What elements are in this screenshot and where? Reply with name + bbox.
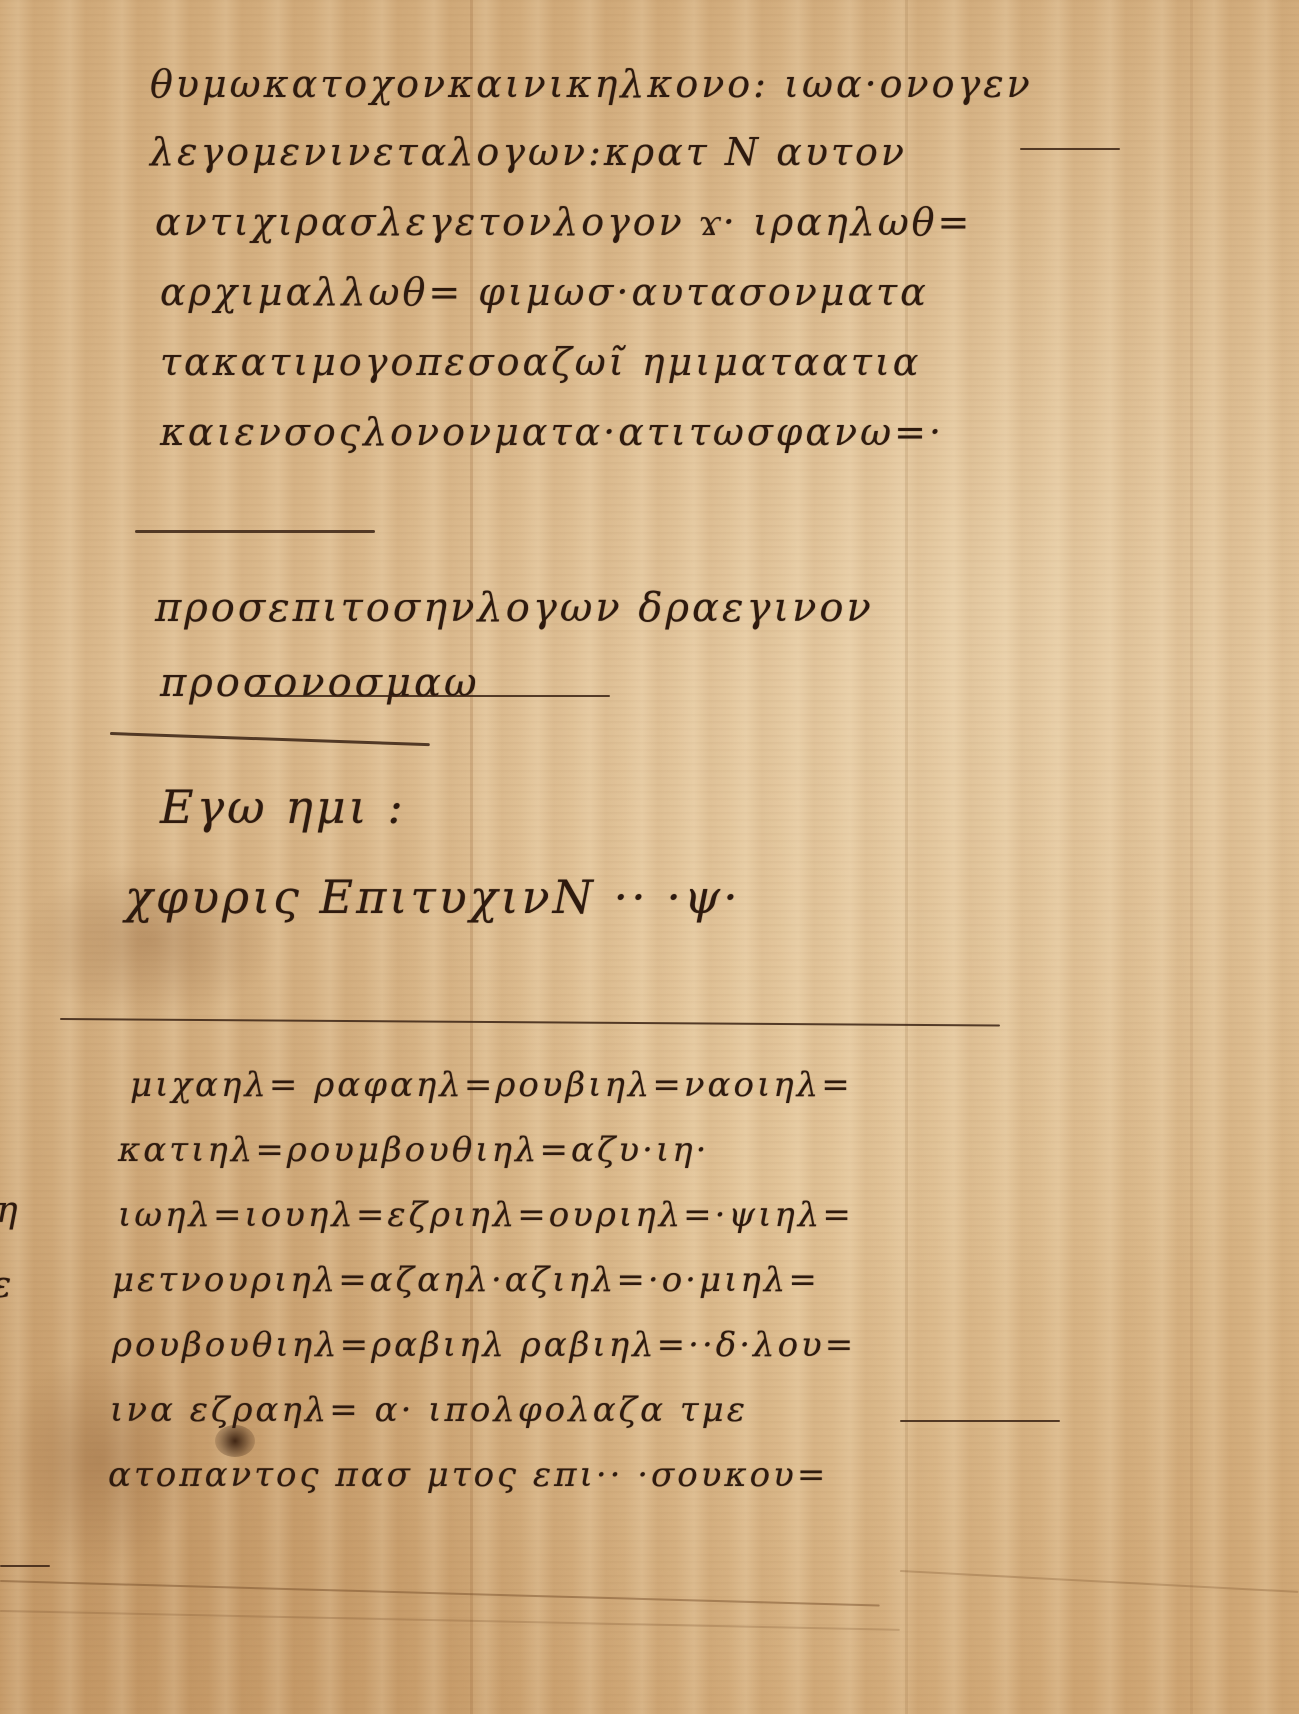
line-filler — [900, 1420, 1060, 1422]
manuscript-line: κατιηλ=ρουμβουθιηλ=αζυ·ιη· — [118, 1130, 709, 1170]
manuscript-line: Εγω ημι : — [160, 780, 406, 834]
manuscript-line: τακατιμογοπεσοαζωῖ ημιματαατια — [160, 340, 921, 384]
manuscript-line: ατοπαντος πασ μτος επι·· ·σουκου= — [108, 1455, 828, 1495]
ink-blot — [215, 1425, 255, 1457]
margin-mark: η — [0, 1190, 21, 1231]
sheet-join — [1190, 0, 1193, 1714]
manuscript-line: ιωηλ=ιουηλ=εζριηλ=ουριηλ=·ψιηλ= — [118, 1195, 854, 1235]
manuscript-line: χφυρις ΕπιτυχινΝ ·· ·ψ· — [125, 870, 741, 924]
manuscript-line: αρχιμαλλωθ= φιμωσ·αυτασονματα — [160, 270, 929, 314]
crack — [900, 1570, 1299, 1593]
margin-mark: ε — [0, 1265, 14, 1306]
margin-stroke — [0, 1565, 50, 1567]
manuscript-line: προσεπιτοσηνλογων δραεγινον — [155, 585, 874, 631]
sheet-join — [905, 0, 908, 1714]
manuscript-line: ρουβουθιηλ=ραβιηλ ραβιηλ=··δ·λου= — [112, 1325, 856, 1365]
section-divider — [60, 1018, 1000, 1027]
manuscript-line: θυμωκατοχονκαινικηλκονο: ιωα·ονογεν — [150, 62, 1033, 106]
papyrus-sheet: θυμωκατοχονκαινικηλκονο: ιωα·ονογεν λεγο… — [0, 0, 1299, 1714]
underline — [250, 695, 610, 697]
section-divider — [110, 732, 430, 746]
manuscript-line: λεγομενινεταλογων:κρατ Ν αυτον — [150, 130, 907, 174]
manuscript-line: αντιχιρασλεγετονλογον ϫ· ιραηλωθ= — [155, 200, 972, 245]
section-divider — [135, 530, 375, 533]
crack — [0, 1580, 880, 1607]
line-filler — [1020, 148, 1120, 150]
manuscript-line: μετνουριηλ=αζαηλ·αζιηλ=·ο·μιηλ= — [112, 1260, 820, 1300]
crack — [0, 1610, 900, 1631]
manuscript-line: προσονοσμαω — [160, 660, 480, 706]
manuscript-line: καιενσοςλονονματα·ατιτωσφανω=· — [160, 410, 944, 454]
manuscript-line: μιχαηλ= ραφαηλ=ρουβιηλ=ναοιηλ= — [130, 1065, 853, 1105]
manuscript-line: ινα εζραηλ= α· ιπολφολαζα τμε — [110, 1390, 748, 1430]
